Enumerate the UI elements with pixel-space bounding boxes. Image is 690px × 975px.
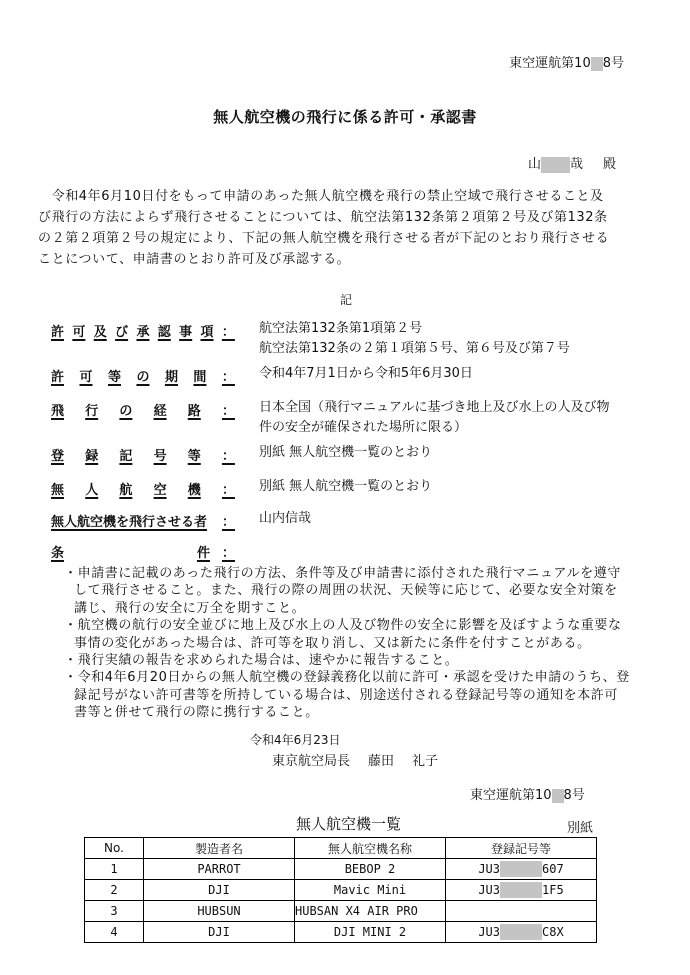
- cell-registration: JU3607: [446, 859, 597, 880]
- condition-line: 書等と併せて飛行の際に携行すること。: [74, 704, 630, 721]
- reg-suffix: 1F5: [542, 883, 564, 897]
- table-header-row: No. 製造者名 無人航空機名称 登録記号等: [85, 838, 597, 859]
- cell-model: Mavic Mini: [295, 880, 446, 901]
- redaction: [500, 924, 542, 940]
- item-label-aircraft: 無人航空機：: [51, 479, 235, 498]
- value-line: 別紙 無人航空機一覧のとおり: [259, 443, 432, 463]
- column-header-maker: 製造者名: [144, 838, 295, 859]
- label-char: 登: [51, 445, 64, 464]
- table-row: 1 PARROT BEBOP 2 JU3607: [85, 859, 597, 880]
- label-char: 飛: [51, 400, 64, 419]
- cell-maker: HUBSUN: [144, 901, 295, 922]
- table-row: 2 DJI Mavic Mini JU31F5: [85, 880, 597, 901]
- reg-suffix: C8X: [542, 925, 564, 939]
- redaction: [500, 861, 542, 877]
- item-label-permission-matters: 許可及び承認事項：: [51, 321, 235, 340]
- reg-prefix: JU3: [478, 862, 500, 876]
- body-line: 令和4年6月10日付をもって申請のあった無人航空機を飛行の禁止空域で飛行させるこ…: [38, 186, 638, 207]
- cell-registration: JU3C8X: [446, 922, 597, 943]
- label-char: ：: [222, 321, 235, 340]
- label-char: 認: [158, 321, 171, 340]
- label-char: 期: [165, 366, 178, 385]
- issuer-family-name: 藤田: [368, 754, 394, 769]
- cell-maker: PARROT: [144, 859, 295, 880]
- doc-number-prefix: 東空運航第10: [470, 788, 552, 803]
- aircraft-table: No. 製造者名 無人航空機名称 登録記号等 1 PARROT BEBOP 2 …: [84, 837, 597, 943]
- item-value-route: 日本全国（飛行マニュアルに基づき地上及び水上の人及び物 件の安全が確保された場所…: [259, 398, 609, 438]
- value-line: 件の安全が確保された場所に限る）: [259, 418, 609, 438]
- item-label-conditions: 条件：: [51, 542, 235, 561]
- item-value-permission-matters: 航空法第132条第1項第２号 航空法第132条の２第１項第５号、第６号及び第７号: [259, 319, 570, 359]
- doc-number-suffix: 8号: [564, 788, 585, 803]
- label-char: 路: [188, 400, 201, 419]
- cell-maker: DJI: [144, 922, 295, 943]
- condition-line: ・航空機の航行の安全並びに地上及び水上の人及び物件の安全に影響を及ぼすような重要…: [64, 617, 630, 634]
- addressee-last-char: 哉: [570, 157, 583, 172]
- label-char: 機: [188, 479, 201, 498]
- label-char: 件: [197, 542, 210, 561]
- label-char: ：: [222, 542, 235, 561]
- label-char: ：: [222, 366, 235, 385]
- cell-no: 1: [85, 859, 144, 880]
- aircraft-list-title: 無人航空機一覧: [296, 813, 401, 834]
- conditions-list: ・申請書に記載のあった飛行の方法、条件等及び申請書に添付された飛行マニュアルを遵…: [64, 565, 630, 722]
- document-number: 東空運航第108号: [509, 52, 624, 71]
- label-char: ：: [222, 445, 235, 464]
- cell-model: HUBSAN X4 AIR PRO: [295, 901, 446, 922]
- column-header-model: 無人航空機名称: [295, 838, 446, 859]
- redaction: [541, 157, 570, 173]
- label-char: 等: [108, 366, 121, 385]
- label-char: ：: [222, 511, 235, 530]
- label-char: 無人航空機を飛行させる者: [51, 511, 207, 530]
- condition-line: 録記号がない許可書等を所持している場合は、別途送付される登録記号等の通知を本許可: [74, 687, 630, 704]
- label-char: 間: [193, 366, 206, 385]
- value-line: 令和4年7月1日から令和5年6月30日: [259, 364, 473, 384]
- label-char: 事: [179, 321, 192, 340]
- label-char: ：: [222, 479, 235, 498]
- body-line: ことについて、申請書のとおり許可及び承認する。: [38, 249, 638, 270]
- label-char: 録: [85, 445, 98, 464]
- item-label-registration: 登録記号等：: [51, 445, 235, 464]
- item-value-operator: 山内信哉: [259, 509, 311, 529]
- cell-maker: DJI: [144, 880, 295, 901]
- cell-no: 3: [85, 901, 144, 922]
- cell-no: 4: [85, 922, 144, 943]
- cell-registration: [446, 901, 597, 922]
- label-char: 経: [154, 400, 167, 419]
- label-char: 空: [154, 479, 167, 498]
- issuer-title: 東京航空局長: [272, 754, 350, 769]
- redaction: [591, 57, 603, 71]
- addressee: 山哉殿: [528, 153, 616, 173]
- value-line: 山内信哉: [259, 509, 311, 529]
- cell-registration: JU31F5: [446, 880, 597, 901]
- value-line: 航空法第132条の２第１項第５号、第６号及び第７号: [259, 339, 570, 359]
- label-char: 無: [51, 479, 64, 498]
- cell-no: 2: [85, 880, 144, 901]
- label-char: 人: [85, 479, 98, 498]
- value-line: 日本全国（飛行マニュアルに基づき地上及び水上の人及び物: [259, 398, 609, 418]
- label-char: 記: [119, 445, 132, 464]
- value-line: 航空法第132条第1項第２号: [259, 319, 570, 339]
- label-char: 及: [94, 321, 107, 340]
- redaction: [500, 882, 542, 898]
- label-char: 許: [51, 321, 64, 340]
- item-value-period: 令和4年7月1日から令和5年6月30日: [259, 364, 473, 384]
- doc-number-prefix: 東空運航第10: [509, 56, 591, 71]
- label-char: 行: [85, 400, 98, 419]
- reg-suffix: 607: [542, 862, 564, 876]
- table-row: 3 HUBSUN HUBSAN X4 AIR PRO: [85, 901, 597, 922]
- item-value-registration: 別紙 無人航空機一覧のとおり: [259, 443, 432, 463]
- doc-number-suffix: 8号: [603, 56, 624, 71]
- label-char: 許: [51, 366, 64, 385]
- label-char: 項: [201, 321, 214, 340]
- body-line: び飛行の方法によらず飛行させることについては、航空法第132条第２項第２号及び第…: [38, 207, 638, 228]
- item-value-aircraft: 別紙 無人航空機一覧のとおり: [259, 477, 432, 497]
- label-char: び: [115, 321, 128, 340]
- label-char: 承: [136, 321, 149, 340]
- label-char: の: [119, 400, 132, 419]
- ki-heading: 記: [340, 291, 352, 308]
- issuer: 東京航空局長藤田礼子: [272, 750, 438, 769]
- cell-model: DJI MINI 2: [295, 922, 446, 943]
- label-char: ：: [222, 400, 235, 419]
- addressee-first-char: 山: [528, 157, 541, 172]
- item-label-period: 許可等の期間：: [51, 366, 235, 385]
- cell-model: BEBOP 2: [295, 859, 446, 880]
- label-char: の: [136, 366, 149, 385]
- honorific: 殿: [603, 157, 616, 172]
- body-paragraph: 令和4年6月10日付をもって申請のあった無人航空機を飛行の禁止空域で飛行させるこ…: [38, 186, 638, 270]
- page-title: 無人航空機の飛行に係る許可・承認書: [0, 106, 690, 127]
- table-row: 4 DJI DJI MINI 2 JU3C8X: [85, 922, 597, 943]
- condition-line: ・令和4年6月20日からの無人航空機の登録義務化以前に許可・承認を受けた申請のう…: [64, 669, 630, 686]
- label-char: 号: [154, 445, 167, 464]
- label-char: 可: [79, 366, 92, 385]
- condition-line: ・申請書に記載のあった飛行の方法、条件等及び申請書に添付された飛行マニュアルを遵…: [64, 565, 630, 582]
- issuer-given-name: 礼子: [412, 754, 438, 769]
- redaction: [552, 789, 564, 803]
- reg-prefix: JU3: [478, 883, 500, 897]
- attachment-document-number: 東空運航第108号: [470, 784, 585, 803]
- condition-line: ・飛行実績の報告を求められた場合は、速やかに報告すること。: [64, 652, 630, 669]
- body-line: の２第２項第２号の規定により、下記の無人航空機を飛行させる者が下記のとおり飛行さ…: [38, 228, 638, 249]
- issue-date: 令和4年6月23日: [250, 731, 341, 748]
- condition-line: 事情の変化があった場合は、許可等を取り消し、又は新たに条件を付すことがある。: [74, 635, 630, 652]
- condition-line: 講じ、飛行の安全に万全を期すこと。: [74, 600, 630, 617]
- condition-line: して飛行させること。また、飛行の際の周囲の状況、天候等に応じて、必要な安全対策を: [74, 582, 630, 599]
- value-line: 別紙 無人航空機一覧のとおり: [259, 477, 432, 497]
- reg-prefix: JU3: [478, 925, 500, 939]
- label-char: 航: [119, 479, 132, 498]
- column-header-no: No.: [85, 838, 144, 859]
- label-char: 可: [72, 321, 85, 340]
- item-label-operator: 無人航空機を飛行させる者：: [51, 511, 235, 530]
- label-char: 等: [188, 445, 201, 464]
- label-char: 条: [51, 542, 64, 561]
- attachment-label: 別紙: [567, 817, 593, 836]
- column-header-registration: 登録記号等: [446, 838, 597, 859]
- item-label-route: 飛行の経路：: [51, 400, 235, 419]
